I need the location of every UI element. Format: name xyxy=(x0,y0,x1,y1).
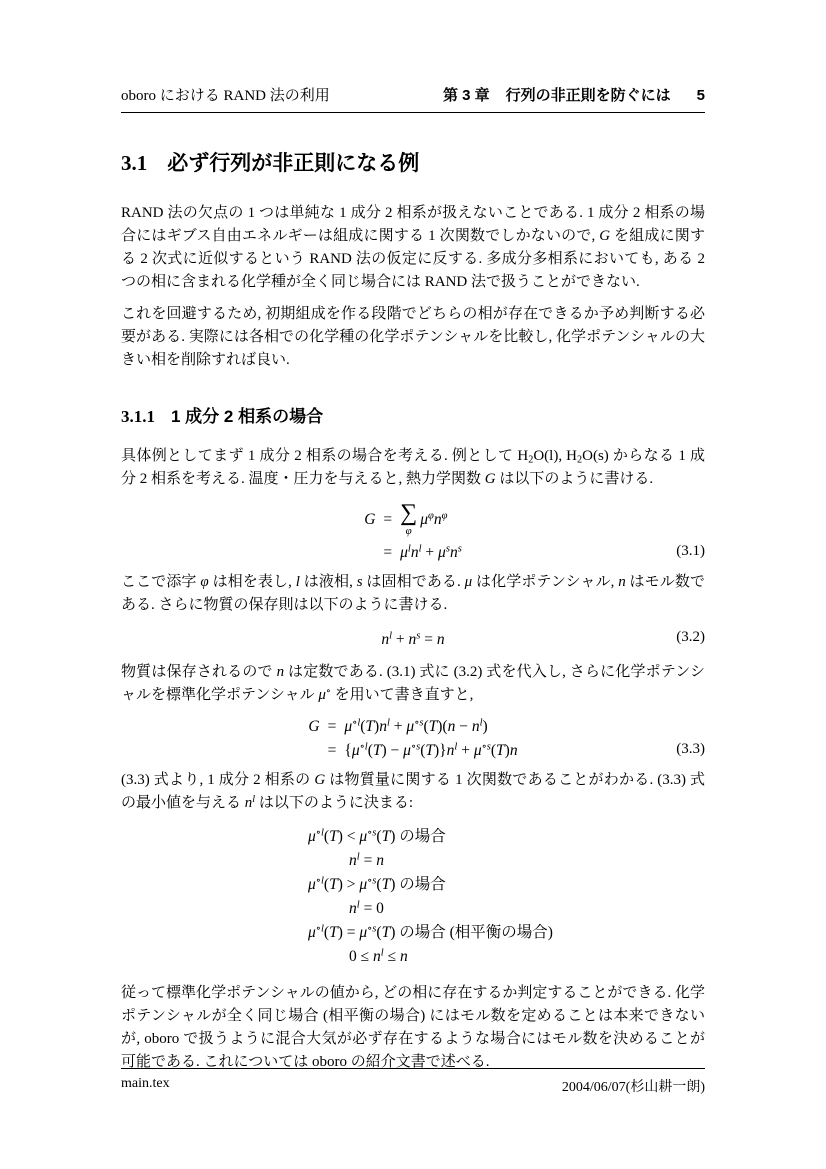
case-condition-2: μ∘l(T) > μ∘s(T) の場合 xyxy=(308,873,705,897)
eq31-equals: = xyxy=(379,499,396,541)
case-result-2: nl = 0 xyxy=(349,897,705,921)
header-right: 第 3 章行列の非正則を防ぐには5 xyxy=(443,84,705,105)
document-page: oboro における RAND 法の利用 第 3 章行列の非正則を防ぐには5 3… xyxy=(0,0,826,1169)
text-run: を用いて書き直すと, xyxy=(331,687,474,703)
header-page-number: 5 xyxy=(697,87,705,104)
text-run: は以下のように決まる: xyxy=(255,795,413,811)
equation-3-2: nl + ns = n (3.2) xyxy=(121,629,705,651)
eq33-rhs-line2: {μ∘l(T) − μ∘s(T)}nl + μ∘s(T)n xyxy=(340,739,521,763)
case-result-1: nl = n xyxy=(349,849,705,873)
section-title: 必ず行列が非正則になる例 xyxy=(167,152,419,175)
summation-symbol: ∑φ xyxy=(400,501,417,537)
header-chapter-label: 第 3 章 xyxy=(443,87,490,104)
paragraph-avoidance: これを回避するため, 初期組成を作る段階でどちらの相が存在できるか予め判断する必… xyxy=(121,303,705,372)
text-run: は固相である. xyxy=(363,574,465,590)
text-run: は液相, xyxy=(300,574,357,590)
equation-3-3: G = μ∘l(T)nl + μ∘s(T)(n − nl) = {μ∘l(T) … xyxy=(121,715,705,763)
paragraph-linear-function: (3.3) 式より, 1 成分 2 相系の G は物質量に関する 1 次関数であ… xyxy=(121,769,705,815)
eq31-rhs1-math: μφnφ xyxy=(420,511,447,528)
footer-date-author: 2004/06/07(杉山耕一朗) xyxy=(562,1076,705,1096)
sigma-glyph: ∑ xyxy=(400,501,417,525)
header-chapter-title: 行列の非正則を防ぐには xyxy=(506,87,671,104)
text-run: は相を表し, xyxy=(209,574,296,590)
inline-math: G xyxy=(599,228,610,244)
subsection-heading: 3.1.11 成分 2 相系の場合 xyxy=(121,402,705,427)
equation-3-1-rows: G = ∑φμφnφ = μlnl + μsns xyxy=(360,499,466,565)
eq33-lhs: G xyxy=(304,715,323,739)
eq31-equals-2: = xyxy=(379,541,396,565)
eq31-lhs-blank xyxy=(360,541,379,565)
text-run: ここで添字 xyxy=(121,574,200,590)
inline-math: nl xyxy=(245,795,255,811)
text-run: 具体例としてまず 1 成分 2 相系の場合を考える. 例として xyxy=(121,448,517,464)
footer-filename: main.tex xyxy=(121,1076,170,1096)
page-content: oboro における RAND 法の利用 第 3 章行列の非正則を防ぐには5 3… xyxy=(0,0,826,1074)
eq32-body: nl + ns = n xyxy=(121,629,705,651)
case-result-3: 0 ≤ nl ≤ n xyxy=(349,945,705,969)
equation-3-1: G = ∑φμφnφ = μlnl + μsns (3.1) xyxy=(121,499,705,565)
case-list: μ∘l(T) < μ∘s(T) の場合 nl = n μ∘l(T) > μ∘s(… xyxy=(308,825,705,969)
paragraph-substitution: 物質は保存されるので n は定数である. (3.1) 式に (3.2) 式を代入… xyxy=(121,661,705,707)
sum-index: φ xyxy=(406,526,412,537)
inline-math: μ∘ xyxy=(318,687,331,703)
paragraph-rand-drawback: RAND 法の欠点の 1 つは単純な 1 成分 2 相系が扱えないことである. … xyxy=(121,202,705,294)
section-number: 3.1 xyxy=(121,151,147,175)
inline-math: G xyxy=(314,772,325,788)
subsection-title: 1 成分 2 相系の場合 xyxy=(171,407,323,426)
text-run: 従って標準化学ポテンシャルの値から, どの相に存在するか判定することができる. … xyxy=(121,985,705,1070)
text-run: これを回避するため, 初期組成を作る段階でどちらの相が存在できるか予め判断する必… xyxy=(121,306,705,368)
page-footer: main.tex 2004/06/07(杉山耕一朗) xyxy=(121,1068,705,1096)
eq33-equals: = xyxy=(324,715,341,739)
paragraph-example-intro: 具体例としてまず 1 成分 2 相系の場合を考える. 例として H2O(l), … xyxy=(121,445,705,491)
subsection-number: 3.1.1 xyxy=(121,407,155,426)
text-run: は化学ポテンシャル, xyxy=(472,574,618,590)
header-left-title: oboro における RAND 法の利用 xyxy=(121,84,330,105)
equation-number-3-1: (3.1) xyxy=(676,543,705,560)
eq31-lhs: G xyxy=(360,499,379,541)
equation-3-3-rows: G = μ∘l(T)nl + μ∘s(T)(n − nl) = {μ∘l(T) … xyxy=(304,715,521,763)
section-heading: 3.1必ず行列が非正則になる例 xyxy=(121,147,705,177)
paragraph-conclusion: 従って標準化学ポテンシャルの値から, どの相に存在するか判定することができる. … xyxy=(121,982,705,1074)
inline-math: G xyxy=(485,471,496,487)
case-condition-1: μ∘l(T) < μ∘s(T) の場合 xyxy=(308,825,705,849)
inline-math: φ xyxy=(200,574,208,590)
inline-math: n xyxy=(277,664,285,680)
equation-number-3-3: (3.3) xyxy=(676,741,705,758)
eq33-equals-2: = xyxy=(324,739,341,763)
eq31-rhs-line1: ∑φμφnφ xyxy=(396,499,466,541)
text-run: 物質は保存されるので xyxy=(121,664,277,680)
text-run: は以下のように書ける. xyxy=(496,471,654,487)
eq31-rhs-line2: μlnl + μsns xyxy=(396,541,466,565)
page-header: oboro における RAND 法の利用 第 3 章行列の非正則を防ぐには5 xyxy=(121,84,705,113)
equation-number-3-2: (3.2) xyxy=(676,629,705,646)
paragraph-notation: ここで添字 φ は相を表し, l は液相, s は固相である. μ は化学ポテン… xyxy=(121,571,705,617)
text-run: (3.3) 式より, 1 成分 2 相系の xyxy=(121,772,314,788)
inline-math: n xyxy=(618,574,626,590)
case-condition-3: μ∘l(T) = μ∘s(T) の場合 (相平衡の場合) xyxy=(308,921,705,945)
inline-chem-formula: H2O(l), H2O(s) xyxy=(517,448,608,464)
eq33-rhs-line1: μ∘l(T)nl + μ∘s(T)(n − nl) xyxy=(340,715,521,739)
eq33-lhs-blank xyxy=(304,739,323,763)
